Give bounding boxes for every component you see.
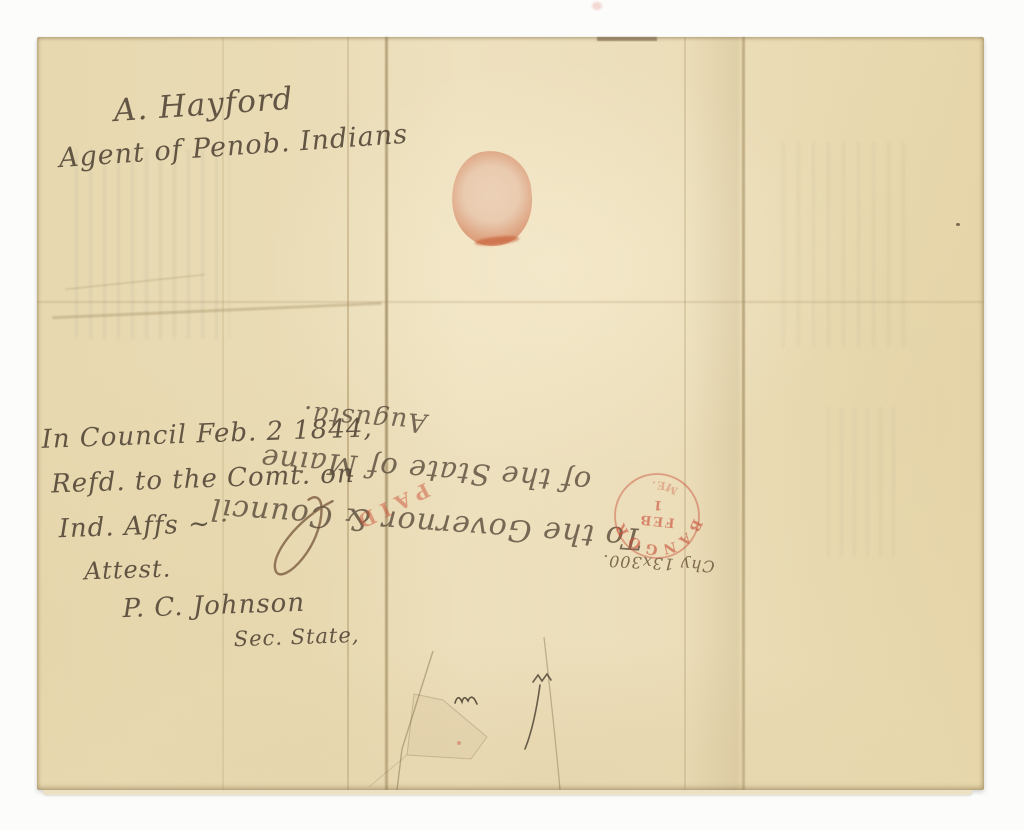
wax-seal-remnant <box>447 147 536 250</box>
wrinkle-crease <box>52 302 382 319</box>
horizontal-fold-crease <box>37 301 984 303</box>
fold-crease-right-a <box>684 37 686 790</box>
torn-flap-outline <box>407 694 487 759</box>
fold-shading-right <box>685 37 743 790</box>
docket-signature-title: Sec. State, <box>233 619 380 654</box>
tear-crease-diagonal <box>369 755 407 787</box>
sender-title: Agent of Penob. Indians <box>58 119 409 174</box>
top-edge-smudge <box>597 37 657 41</box>
scan-smudge <box>592 2 602 10</box>
ink-squiggle-me <box>525 674 551 749</box>
red-speck <box>457 741 461 745</box>
fold-crease-right-b <box>742 37 745 790</box>
sender-name: A. Hayford <box>113 73 407 129</box>
sender-endorsement: A. Hayford Agent of Penob. Indians <box>55 73 409 174</box>
address-line-city: Augusta. <box>241 395 428 438</box>
postmark-month-text: FEB <box>638 511 676 530</box>
wrinkle-crease-small <box>65 274 204 291</box>
ink-showthrough-right <box>782 142 907 347</box>
paper-under-edge <box>43 790 972 795</box>
postmark-day-text: 1 <box>653 497 664 513</box>
ink-squiggle-m <box>455 697 477 704</box>
ink-showthrough-left <box>75 149 230 339</box>
svg-text:ME.: ME. <box>648 477 681 497</box>
scanned-letter-page: { "letter": { "endorsement": { "name": "… <box>0 0 1024 830</box>
ink-showthrough-mid <box>827 407 902 557</box>
postmark-state-text: ME. <box>648 477 681 497</box>
folded-letter-cover: A. Hayford Agent of Penob. Indians In Co… <box>37 37 984 790</box>
bottom-tears-and-marks <box>367 637 647 802</box>
ink-speck <box>956 223 960 226</box>
tear-crease-right <box>544 637 560 790</box>
